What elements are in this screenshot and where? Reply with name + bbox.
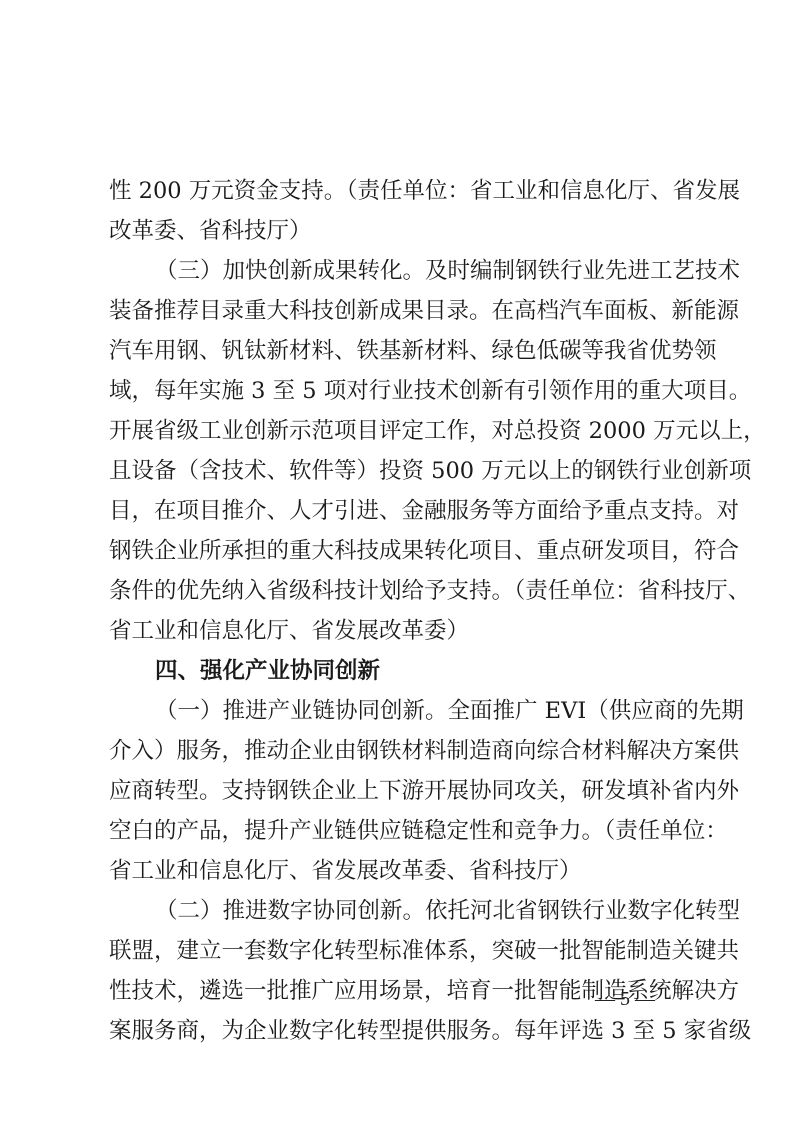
text-line: 案服务商，为企业数字化转型提供服务。每年评选 3 至 5 家省级 bbox=[109, 1011, 695, 1051]
text-line: （二）推进数字协同创新。依托河北省钢铁行业数字化转型 bbox=[109, 891, 695, 931]
text-line: 应商转型。支持钢铁企业上下游开展协同攻关，研发填补省内外 bbox=[109, 771, 695, 811]
text-line: 开展省级工业创新示范项目评定工作，对总投资 2000 万元以上， bbox=[109, 411, 695, 451]
text-line: 目，在项目推介、人才引进、金融服务等方面给予重点支持。对 bbox=[109, 491, 695, 531]
text-line: 省工业和信息化厅、省发展改革委） bbox=[109, 611, 695, 651]
document-body: 性 200 万元资金支持。（责任单位：省工业和信息化厅、省发展 改革委、省科技厅… bbox=[109, 171, 695, 1051]
text-line: 空白的产品，提升产业链供应链稳定性和竞争力。（责任单位： bbox=[109, 811, 695, 851]
text-line: 条件的优先纳入省级科技计划给予支持。（责任单位：省科技厅、 bbox=[109, 571, 695, 611]
text-line: 且设备（含技术、软件等）投资 500 万元以上的钢铁行业创新项 bbox=[109, 451, 695, 491]
text-line: 域，每年实施 3 至 5 项对行业技术创新有引领作用的重大项目。 bbox=[109, 371, 695, 411]
text-line: （三）加快创新成果转化。及时编制钢铁行业先进工艺技术 bbox=[109, 251, 695, 291]
text-line: 省工业和信息化厅、省发展改革委、省科技厅） bbox=[109, 851, 695, 891]
text-line: 装备推荐目录重大科技创新成果目录。在高档汽车面板、新能源 bbox=[109, 291, 695, 331]
text-line: 介入）服务，推动企业由钢铁材料制造商向综合材料解决方案供 bbox=[109, 731, 695, 771]
text-line: 钢铁企业所承担的重大科技成果转化项目、重点研发项目，符合 bbox=[109, 531, 695, 571]
section-heading: 四、强化产业协同创新 bbox=[109, 651, 695, 691]
text-line: （一）推进产业链协同创新。全面推广 EVI（供应商的先期 bbox=[109, 691, 695, 731]
text-line: 性 200 万元资金支持。（责任单位：省工业和信息化厅、省发展 bbox=[109, 171, 695, 211]
text-line: 联盟，建立一套数字化转型标准体系，突破一批智能制造关键共 bbox=[109, 931, 695, 971]
text-line: 改革委、省科技厅） bbox=[109, 211, 695, 251]
page-number: — 5 — bbox=[595, 987, 655, 1011]
text-line: 汽车用钢、钒钛新材料、铁基新材料、绿色低碳等我省优势领 bbox=[109, 331, 695, 371]
